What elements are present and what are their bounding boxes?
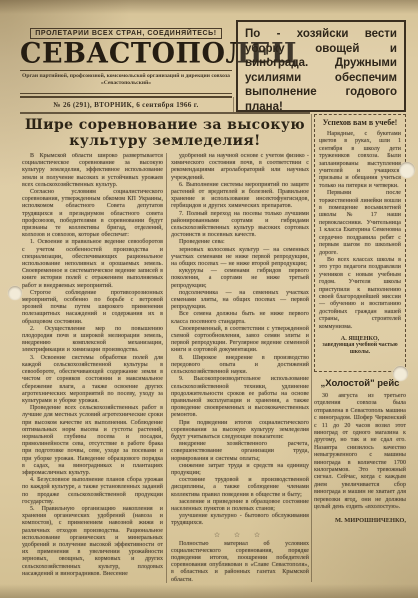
star-divider: ☆ ☆ ☆ — [171, 531, 309, 539]
sidebar-article-idle-trip-body: 30 августа из третьего отделения совхоза… — [314, 393, 406, 512]
paragraph: Во всех классах школы в это утро педагог… — [319, 257, 401, 331]
sidebar-article-idle-trip-signature: М. МИРОШНИЧЕНКО, — [314, 517, 406, 524]
paragraph: улучшение культурно - бытового обслужива… — [171, 513, 309, 527]
paragraph: зерновых колосовых культур — на семенных… — [171, 247, 309, 269]
paragraph: В Крымской области широко развертывается… — [22, 153, 163, 189]
paragraph: кукурузы — семенами гибридов первого пок… — [171, 268, 309, 290]
main-headline: Шире соревнование за высокую культуру зе… — [22, 117, 308, 149]
paragraph: 2. Осуществление мер по повышению плодор… — [22, 326, 163, 355]
sidebar-article-school-body: Нарядные, с букетами цветов в руках, шли… — [319, 131, 401, 331]
paragraph: состояние трудовой и производственной ди… — [171, 477, 309, 499]
paragraph: внедрение хозяйственного расчета, соверш… — [171, 441, 309, 463]
sidebar-article-idle-trip-title: „Холостой" рейс — [314, 378, 406, 389]
paper-title: СЕВАСТОПОЛЕЦ — [20, 39, 232, 68]
sidebar-article-school-signature: А. ЯЩЕНКО, — [319, 335, 401, 342]
paragraph: 1. Освоение и правильное ведение севообо… — [22, 239, 163, 289]
headline-line-2: культуру земледелия! — [22, 133, 308, 149]
paragraph: Строгое соблюдение противоэрозионных мер… — [22, 290, 163, 326]
paragraph: Нарядные, с букетами цветов в руках, шли… — [319, 131, 401, 190]
paragraph: Проведение сева: — [171, 239, 309, 246]
sidebar-article-school-title: Успехов вам в учебе! — [319, 118, 401, 128]
article-column-2-text: удобрений на научной основе с учетом физ… — [171, 153, 309, 528]
paragraph: Согласно условиям социалистического соре… — [22, 189, 163, 239]
punch-hole — [8, 286, 22, 300]
paragraph: Своевременный, в соответствии с утвержде… — [171, 326, 309, 355]
scan-edge-shadow-top — [0, 0, 418, 14]
issue-dateline: № 26 (291), ВТОРНИК, 6 сентября 1966 г. — [20, 97, 232, 112]
paragraph: подсолнечника — на семенных участках сем… — [171, 290, 309, 312]
header-divider — [233, 97, 234, 112]
paragraph: 7. Полный переход на посевы только лучши… — [171, 211, 309, 240]
paragraph: 3. Освоение системы обработки полей для … — [22, 355, 163, 405]
article-column-2-closing: Полностью материал об условиях социалист… — [171, 541, 309, 584]
scan-edge-shadow-bottom — [0, 584, 418, 598]
paragraph: заселение и приведение в образцовое сост… — [171, 499, 309, 513]
paragraph: 4. Безусловное выполнение планов сбора у… — [22, 477, 163, 506]
paragraph: 30 августа из третьего отделения совхоза… — [314, 393, 406, 512]
sidebar-article-school: Успехов вам в учебе! Нарядные, с букетам… — [314, 114, 406, 372]
newspaper-page: ПРОЛЕТАРИИ ВСЕХ СТРАН, СОЕДИНЯЙТЕСЬ! СЕВ… — [0, 0, 418, 598]
paragraph: Полностью материал об условиях социалист… — [171, 541, 309, 584]
masthead-subtitle: Орган партийной, профсоюзной, комсомольс… — [20, 70, 232, 86]
paragraph: При подведении итогов социалистического … — [171, 420, 309, 442]
punch-hole — [393, 366, 408, 381]
sidebar-article-school-signature-role: заведующая учебной частью школы. — [319, 342, 401, 356]
paragraph: 8. Широкое внедрение в производство пере… — [171, 355, 309, 377]
article-column-2: удобрений на научной основе с учетом физ… — [171, 153, 309, 585]
paragraph: 9. Высокопроизводительное использование … — [171, 376, 309, 419]
paragraph: 6. Выполнение системы мероприятий по защ… — [171, 182, 309, 211]
sidebar-divider — [311, 114, 312, 582]
headline-line-1: Шире соревнование за высокую — [22, 117, 308, 133]
punch-hole — [399, 162, 415, 178]
paragraph: снижение затрат труда и средств на едини… — [171, 463, 309, 477]
paragraph: Проведение всех сельскохозяйственных раб… — [22, 405, 163, 477]
sidebar-article-idle-trip: „Холостой" рейс 30 августа из третьего о… — [314, 378, 406, 578]
paragraph: Все семена должны быть не ниже первого к… — [171, 311, 309, 325]
header-rule — [20, 112, 310, 114]
paragraph: удобрений на научной основе с учетом физ… — [171, 153, 309, 182]
masthead: ПРОЛЕТАРИИ ВСЕХ СТРАН, СОЕДИНЯЙТЕСЬ! СЕВ… — [20, 22, 232, 96]
column-divider — [166, 153, 167, 583]
paragraph: Первыми после торжественной линейки вошл… — [319, 190, 401, 257]
banner-text: По - хозяйски вести уборку овощей и вино… — [245, 27, 397, 114]
article-column-1: В Крымской области широко развертывается… — [22, 153, 163, 585]
front-page-banner: По - хозяйски вести уборку овощей и вино… — [236, 20, 406, 112]
paragraph: 5. Правильную организацию накопления и х… — [22, 506, 163, 578]
